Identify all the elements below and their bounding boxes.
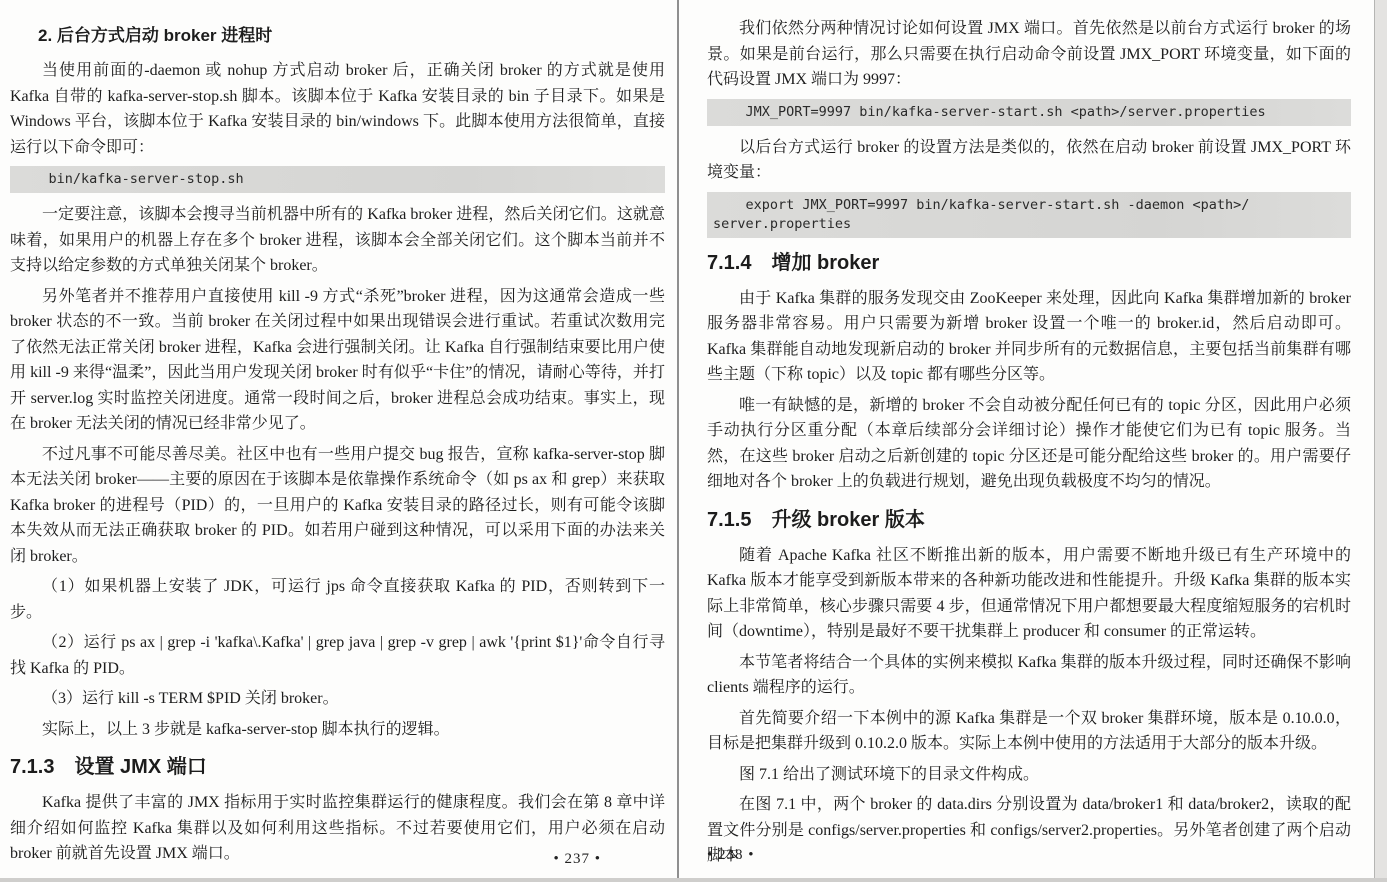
- page-bottom-shadow: [0, 878, 1387, 882]
- page-238: 我们依然分两种情况讨论如何设置 JMX 端口。首先依然是以前台方式运行 brok…: [679, 0, 1387, 882]
- code-block-jmx-background: export JMX_PORT=9997 bin/kafka-server-st…: [707, 192, 1351, 238]
- paragraph: 不过凡事不可能尽善尽美。社区中也有一些用户提交 bug 报告，宣称 kafka-…: [10, 442, 665, 570]
- page-number: • 238 •: [707, 847, 755, 864]
- page-edge-shadow: [1374, 0, 1387, 882]
- paragraph: 一定要注意，该脚本会搜寻当前机器中所有的 Kafka broker 进程，然后关…: [10, 202, 665, 279]
- section-heading-7-1-5: 7.1.5 升级 broker 版本: [707, 507, 1351, 533]
- section-heading-7-1-3: 7.1.3 设置 JMX 端口: [10, 754, 665, 780]
- code-block-stop-script: bin/kafka-server-stop.sh: [10, 166, 665, 193]
- paragraph: 首先简要介绍一下本例中的源 Kafka 集群是一个双 broker 集群环境，版…: [707, 706, 1351, 757]
- paragraph: 另外笔者并不推荐用户直接使用 kill -9 方式“杀死”broker 进程，因…: [10, 284, 665, 437]
- code-block-jmx-foreground: JMX_PORT=9997 bin/kafka-server-start.sh …: [707, 99, 1351, 126]
- paragraph: 随着 Apache Kafka 社区不断推出新的版本，用户需要不断地升级已有生产…: [707, 543, 1351, 645]
- paragraph: 当使用前面的-daemon 或 nohup 方式启动 broker 后，正确关闭…: [10, 58, 665, 160]
- book-spread: 2. 后台方式启动 broker 进程时 当使用前面的-daemon 或 noh…: [0, 0, 1387, 882]
- subsection-heading-background-start: 2. 后台方式启动 broker 进程时: [10, 24, 665, 48]
- list-step-2: （2）运行 ps ax | grep -i 'kafka\.Kafka' | g…: [10, 630, 665, 681]
- paragraph: 唯一有缺憾的是，新增的 broker 不会自动被分配任何已有的 topic 分区…: [707, 393, 1351, 495]
- paragraph: 实际上，以上 3 步就是 kafka-server-stop 脚本执行的逻辑。: [10, 717, 665, 743]
- paragraph: 由于 Kafka 集群的服务发现交由 ZooKeeper 来处理，因此向 Kaf…: [707, 286, 1351, 388]
- page-237: 2. 后台方式启动 broker 进程时 当使用前面的-daemon 或 noh…: [0, 0, 679, 882]
- list-step-3: （3）运行 kill -s TERM $PID 关闭 broker。: [10, 686, 665, 712]
- section-heading-7-1-4: 7.1.4 增加 broker: [707, 250, 1351, 276]
- paragraph: 图 7.1 给出了测试环境下的目录文件构成。: [707, 762, 1351, 788]
- paragraph: 本节笔者将结合一个具体的实例来模拟 Kafka 集群的版本升级过程，同时还确保不…: [707, 650, 1351, 701]
- paragraph: 在图 7.1 中，两个 broker 的 data.dirs 分别设置为 dat…: [707, 792, 1351, 869]
- paragraph: 以后台方式运行 broker 的设置方法是类似的，依然在启动 broker 前设…: [707, 135, 1351, 186]
- paragraph: 我们依然分两种情况讨论如何设置 JMX 端口。首先依然是以前台方式运行 brok…: [707, 16, 1351, 93]
- page-number: • 237 •: [553, 851, 601, 868]
- list-step-1: （1）如果机器上安装了 JDK，可运行 jps 命令直接获取 Kafka 的 P…: [10, 574, 665, 625]
